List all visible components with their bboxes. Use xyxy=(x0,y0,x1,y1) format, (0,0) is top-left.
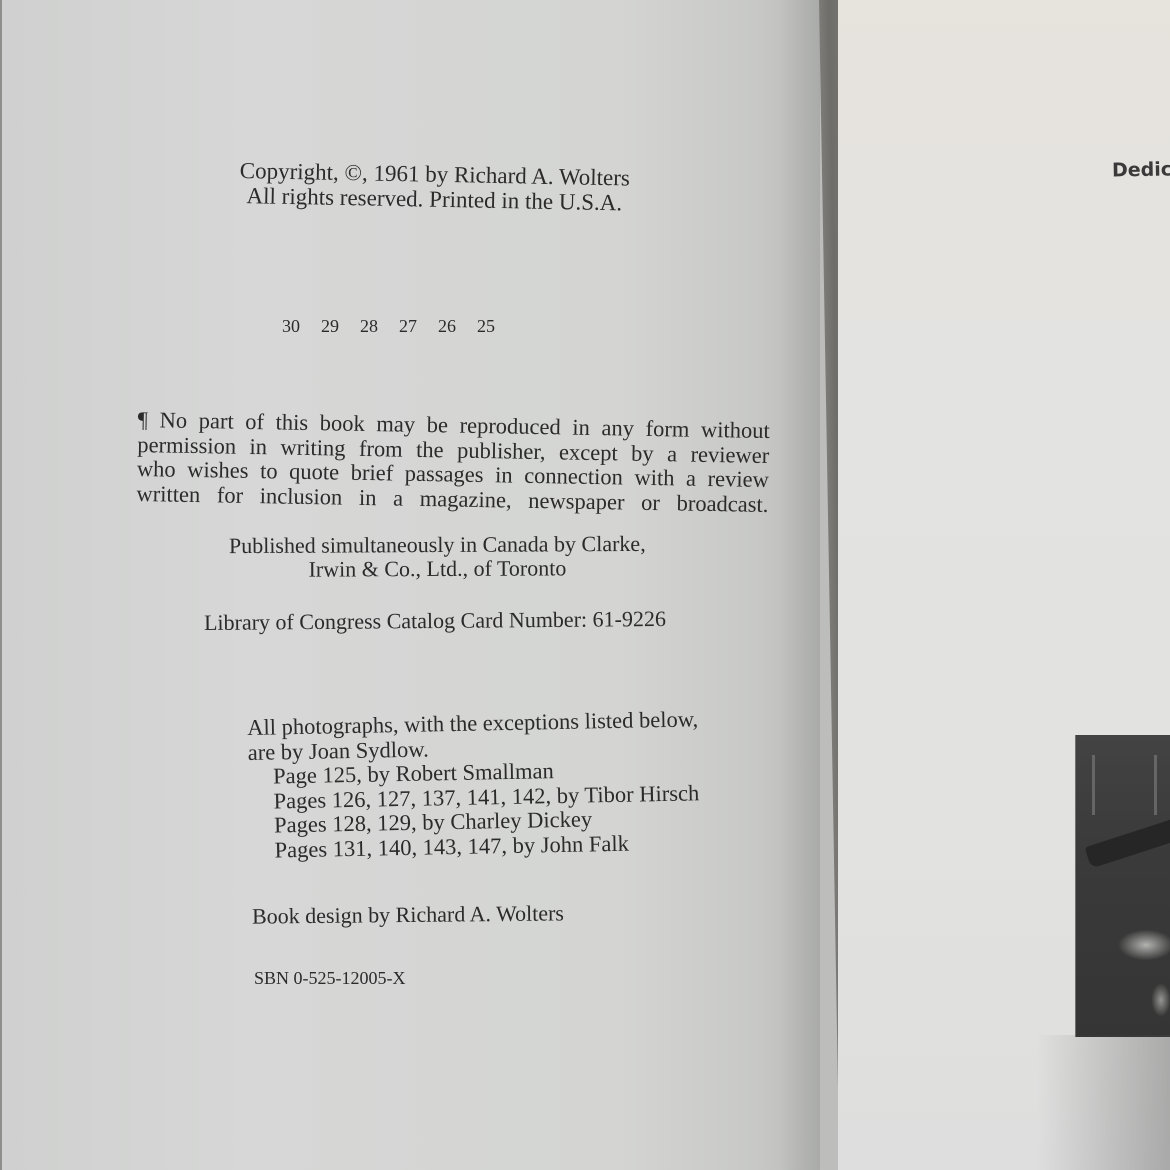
published-line: Published simultaneously in Canada by Cl… xyxy=(229,532,646,558)
printing-number: 28 xyxy=(360,314,378,338)
photo-fence-post xyxy=(1154,755,1157,815)
published-line: Irwin & Co., Ltd., of Toronto xyxy=(229,556,646,582)
gutter-shadow xyxy=(780,0,820,1170)
sbn-number: SBN 0-525-12005-X xyxy=(254,966,406,990)
printing-number: 25 xyxy=(477,314,495,338)
book-design-credit: Book design by Richard A. Wolters xyxy=(252,901,564,928)
photo-shotgun xyxy=(1085,814,1170,869)
hunting-dog-photo xyxy=(1075,735,1170,1037)
page-shadow xyxy=(838,1035,1170,1170)
copyright-block: Copyright, ©, 1961 by Richard A. Wolters… xyxy=(239,158,630,215)
photo-fence-post xyxy=(1092,755,1095,815)
printing-number: 30 xyxy=(282,314,300,338)
published-in-canada: Published simultaneously in Canada by Cl… xyxy=(229,532,646,582)
printing-number-line: 302928272625 xyxy=(282,314,516,338)
printing-number: 27 xyxy=(399,314,417,338)
library-of-congress-number: Library of Congress Catalog Card Number:… xyxy=(204,607,666,635)
open-book-spread: Copyright, ©, 1961 by Richard A. Wolters… xyxy=(0,0,1170,1170)
photo-credits: All photographs, with the exceptions lis… xyxy=(247,707,701,863)
left-page-copyright: Copyright, ©, 1961 by Richard A. Wolters… xyxy=(0,0,820,1170)
printing-number: 26 xyxy=(438,314,456,338)
printing-number: 29 xyxy=(321,314,339,338)
reproduction-notice: ¶ No part of this book may be reproduced… xyxy=(136,408,770,517)
dedication-heading: Dedic xyxy=(1112,158,1170,181)
